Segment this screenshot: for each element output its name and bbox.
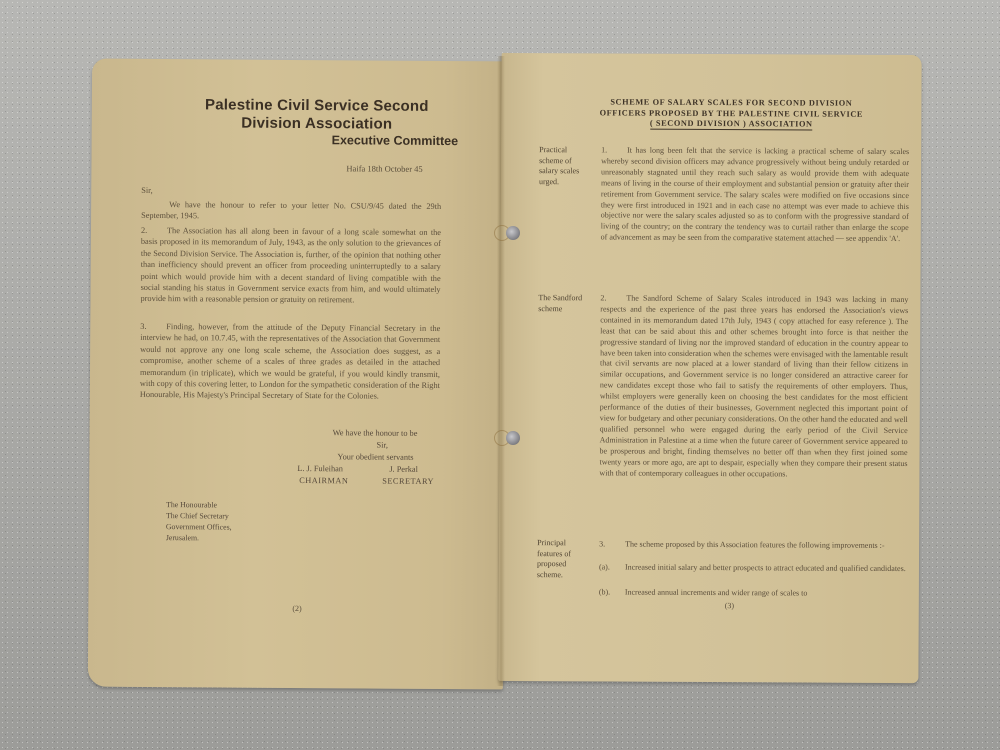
secretary-name: J. Perkal	[389, 464, 418, 476]
binding-hole	[506, 431, 520, 445]
committee-subtitle: Executive Committee	[332, 133, 459, 148]
closing-line-1: We have the honour to be	[333, 427, 418, 439]
page-number-right: (3)	[725, 601, 734, 610]
section-2: 2.The Sandford Scheme of Salary Scales i…	[599, 293, 908, 480]
margin-note-3: Principal features of proposed scheme.	[537, 538, 585, 580]
addressee-line-4: Jerusalem.	[166, 532, 199, 544]
closing-line-2: Sir,	[376, 440, 388, 452]
margin-note-2: The Sandford scheme	[538, 293, 586, 314]
scheme-heading: SCHEME OF SALARY SCALES FOR SECOND DIVIS…	[551, 97, 911, 130]
section-3: 3.The scheme proposed by this Associatio…	[599, 539, 907, 552]
section-3-item-a: (a).Increased initial salary and better …	[599, 562, 907, 575]
binding-gutter	[497, 56, 505, 686]
paragraph-2: 2.The Association has all along been in …	[140, 225, 441, 307]
page-number-left: (2)	[292, 604, 301, 613]
margin-note-1: Practical scheme of salary scales urged.	[539, 145, 587, 187]
chairman-name: L. J. Fuleihan	[297, 463, 343, 475]
salutation: Sir,	[141, 185, 153, 196]
section-1: 1.It has long been felt that the service…	[601, 145, 910, 245]
paragraph-number: 2.	[141, 225, 167, 237]
section-3-item-b: (b).Increased annual increments and wide…	[599, 587, 907, 600]
right-page: SCHEME OF SALARY SCALES FOR SECOND DIVIS…	[498, 53, 921, 683]
left-page: Palestine Civil Service Second Division …	[88, 59, 507, 690]
letter-date: Haifa 18th October 45	[346, 163, 422, 174]
secretary-title: SECRETARY	[382, 476, 434, 488]
paragraph-3: 3.Finding, however, from the attitude of…	[140, 321, 441, 403]
chairman-title: CHAIRMAN	[299, 475, 348, 487]
paragraph-1: We have the honour to refer to your lett…	[141, 199, 441, 224]
closing-line-3: Your obedient servants	[337, 451, 413, 463]
association-title: Palestine Civil Service Second Division …	[187, 96, 447, 134]
paragraph-number: 3.	[140, 321, 166, 333]
binding-hole	[506, 226, 520, 240]
